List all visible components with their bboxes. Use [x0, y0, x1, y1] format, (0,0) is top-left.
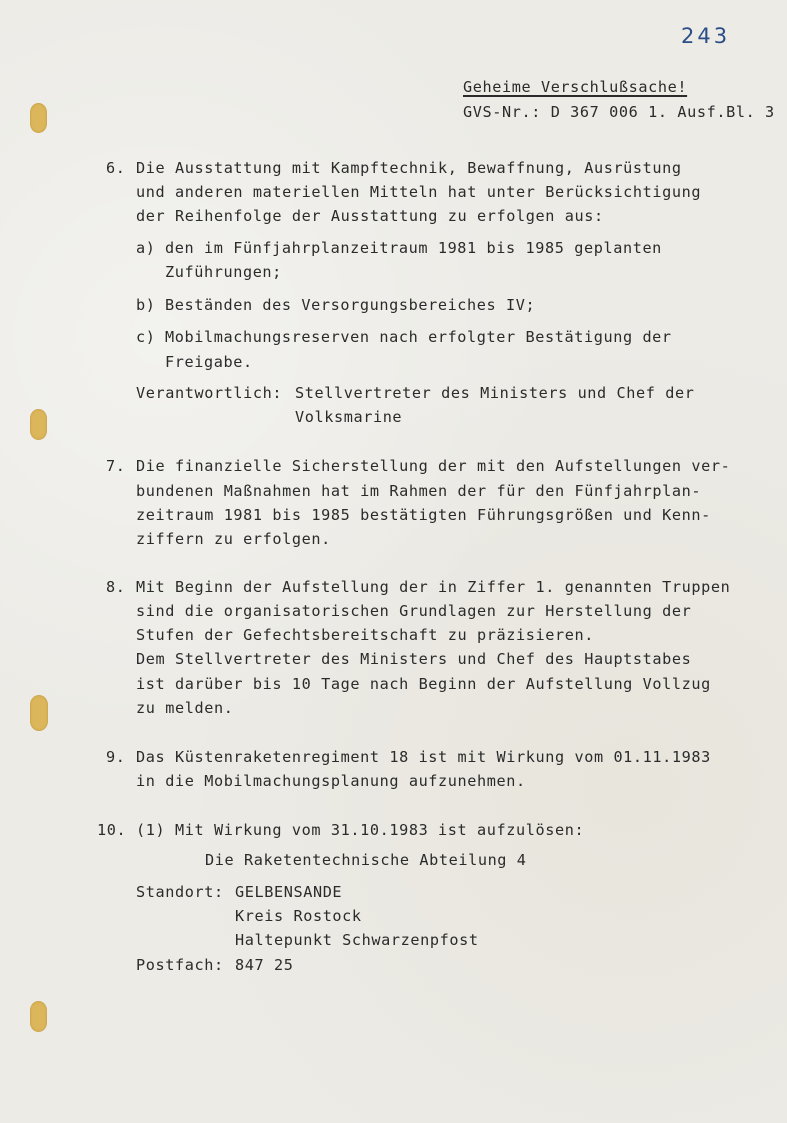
- responsible-value: Stellvertreter des Ministers und Chef de…: [295, 386, 695, 401]
- responsible-label: Verantwortlich:: [136, 386, 282, 401]
- section-number: 9.: [106, 750, 126, 765]
- paragraph-line: ist darüber bis 10 Tage nach Beginn der …: [136, 677, 711, 692]
- list-label: c): [136, 330, 156, 345]
- list-item-line: Zuführungen;: [165, 265, 282, 280]
- punch-hole: [30, 409, 47, 440]
- list-item-line: Freigabe.: [165, 355, 253, 370]
- standort-value: Haltepunkt Schwarzenpfost: [235, 933, 479, 948]
- punch-hole: [30, 1001, 47, 1032]
- paragraph-line: in die Mobilmachungsplanung aufzunehmen.: [136, 774, 526, 789]
- page-number-stamp: 243: [681, 24, 730, 48]
- list-item-line: den im Fünfjahrplanzeitraum 1981 bis 198…: [165, 241, 662, 256]
- section-number: 8.: [106, 580, 126, 595]
- paragraph-line: Das Küstenraketenregiment 18 ist mit Wir…: [136, 750, 711, 765]
- paragraph-line: ziffern zu erfolgen.: [136, 532, 331, 547]
- unit-name: Die Raketentechnische Abteilung 4: [205, 853, 527, 868]
- standort-label: Standort:: [136, 885, 224, 900]
- classification-heading: Geheime Verschlußsache!: [463, 80, 687, 95]
- paragraph-line: der Reihenfolge der Ausstattung zu erfol…: [136, 209, 604, 224]
- paragraph-line: sind die organisatorischen Grundlagen zu…: [136, 604, 691, 619]
- section-number: 10.: [97, 823, 126, 838]
- postfach-value: 847 25: [235, 958, 293, 973]
- paragraph-line: Die Ausstattung mit Kampftechnik, Bewaff…: [136, 161, 682, 176]
- paragraph-line: Mit Beginn der Aufstellung der in Ziffer…: [136, 580, 730, 595]
- paragraph-line: Dem Stellvertreter des Ministers und Che…: [136, 652, 691, 667]
- paragraph-line: Die finanzielle Sicherstellung der mit d…: [136, 459, 730, 474]
- list-label: b): [136, 298, 156, 313]
- section-number: 7.: [106, 459, 126, 474]
- paragraph-line: zeitraum 1981 bis 1985 bestätigten Führu…: [136, 508, 711, 523]
- paragraph-line: bundenen Maßnahmen hat im Rahmen der für…: [136, 484, 701, 499]
- postfach-label: Postfach:: [136, 958, 224, 973]
- responsible-value: Volksmarine: [295, 410, 402, 425]
- gvs-number: GVS-Nr.: D 367 006 1. Ausf.Bl. 3: [463, 105, 775, 120]
- paragraph-line: Stufen der Gefechtsbereitschaft zu präzi…: [136, 628, 594, 643]
- punch-hole: [30, 103, 47, 133]
- standort-value: Kreis Rostock: [235, 909, 362, 924]
- list-item-line: Beständen des Versorgungsbereiches IV;: [165, 298, 535, 313]
- standort-value: GELBENSANDE: [235, 885, 342, 900]
- section-number: 6.: [106, 161, 126, 176]
- paragraph-line: (1) Mit Wirkung vom 31.10.1983 ist aufzu…: [136, 823, 584, 838]
- paragraph-line: und anderen materiellen Mitteln hat unte…: [136, 185, 701, 200]
- paragraph-line: zu melden.: [136, 701, 233, 716]
- punch-hole: [30, 695, 48, 731]
- list-item-line: Mobilmachungsreserven nach erfolgter Bes…: [165, 330, 672, 345]
- list-label: a): [136, 241, 156, 256]
